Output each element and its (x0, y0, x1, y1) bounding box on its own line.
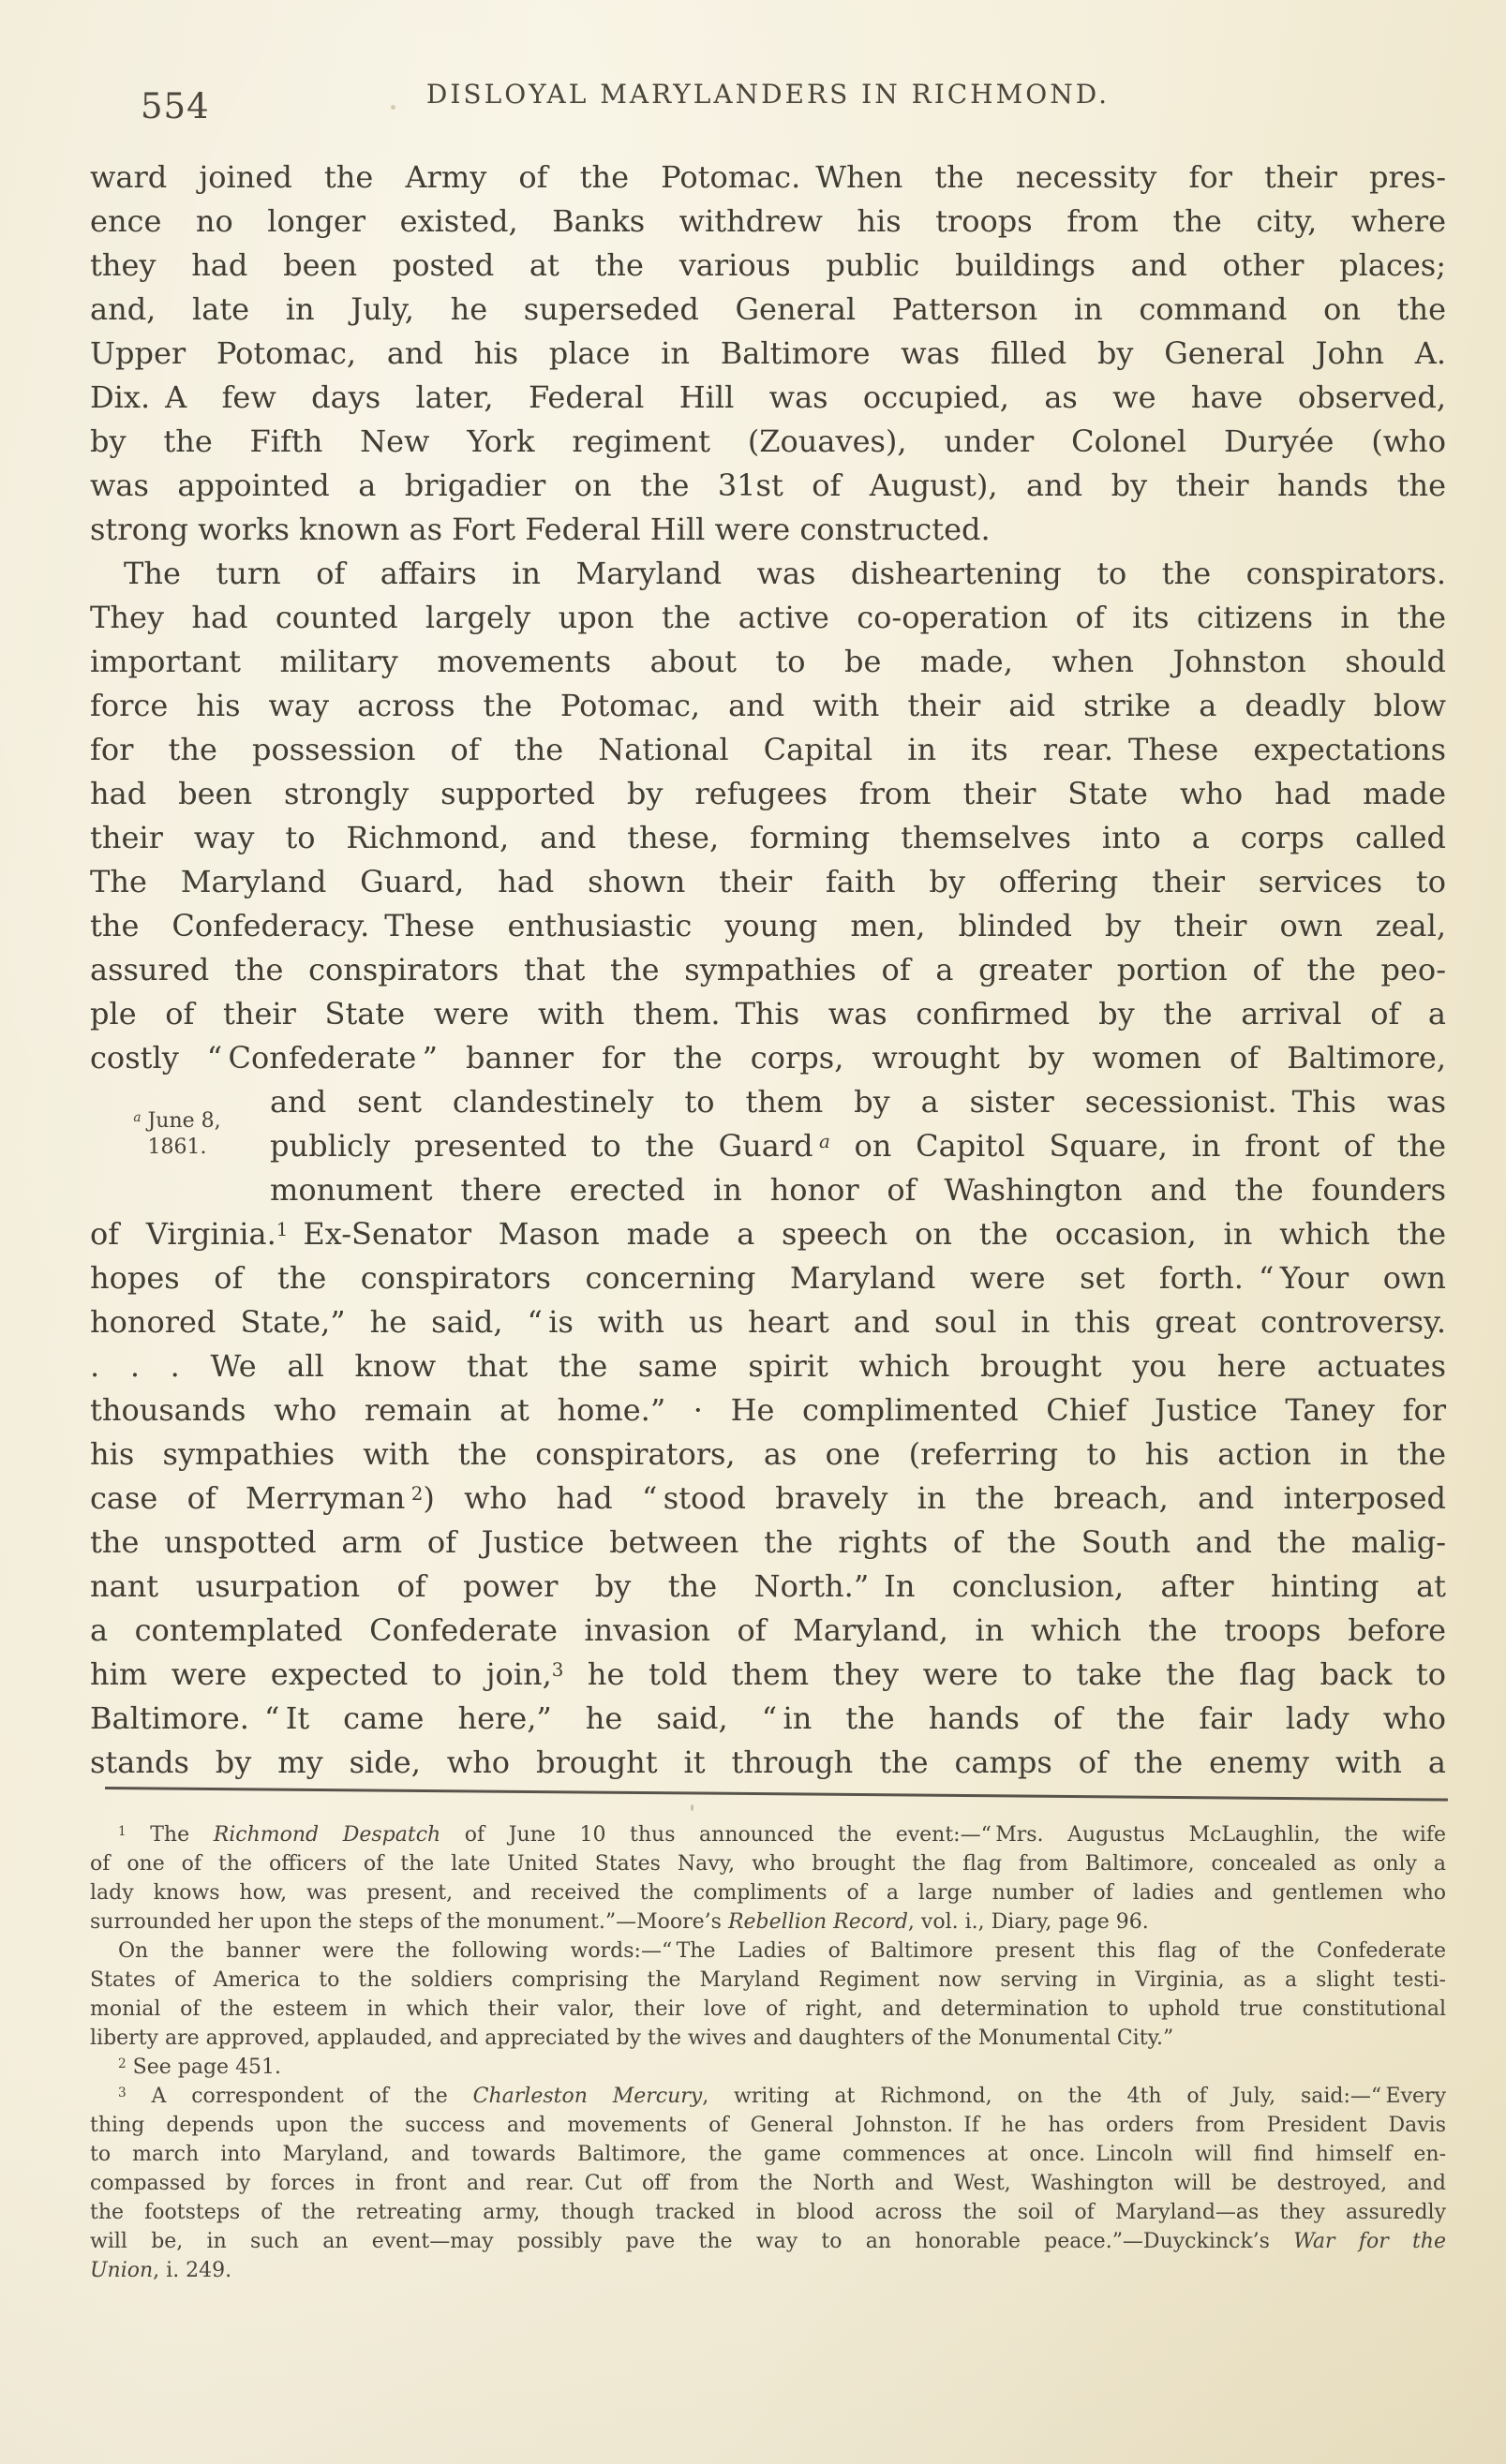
text-line: monial of the esteem in which their valo… (90, 1995, 1446, 2024)
indented-lines: and sent clandestinely to them by a sist… (270, 1080, 1446, 1212)
text-line: ence no longer existed, Banks withdrew h… (90, 200, 1446, 244)
text-line: assured the conspirators that the sympat… (90, 948, 1446, 992)
text-line: will be, in such an event—may possibly p… (90, 2227, 1446, 2256)
paragraph-2-part-b: of Virginia.1 Ex-Senator Mason made a sp… (90, 1212, 1446, 1785)
footnote-3: 3 A correspondent of the Charleston Merc… (90, 2082, 1446, 2285)
text-line: the Confederacy. These enthusiastic youn… (90, 904, 1446, 948)
text-line: They had counted largely upon the active… (90, 596, 1446, 640)
text-line: costly “ Confederate ” banner for the co… (90, 1036, 1446, 1080)
text-line: The turn of affairs in Maryland was dish… (90, 552, 1446, 596)
text-line: ward joined the Army of the Potomac. Whe… (90, 156, 1446, 200)
footnote-1-paragraph-2: On the banner were the following words:—… (90, 1937, 1446, 2053)
text-line: they had been posted at the various publ… (90, 244, 1446, 288)
text-line: . . . We all know that the same spirit w… (90, 1344, 1446, 1388)
text-line: monument there erected in honor of Washi… (270, 1168, 1446, 1212)
footnotes: 1 The Richmond Despatch of June 10 thus … (90, 1820, 1446, 2285)
book-page: 554 DISLOYAL MARYLANDERS IN RICHMOND. wa… (0, 0, 1506, 2464)
paragraph-1: ward joined the Army of the Potomac. Whe… (90, 156, 1446, 552)
text-line: On the banner were the following words:—… (90, 1937, 1446, 1966)
text-line: the footsteps of the retreating army, th… (90, 2198, 1446, 2227)
text-line: and sent clandestinely to them by a sist… (270, 1080, 1446, 1124)
text-line: lady knows how, was present, and receive… (90, 1878, 1446, 1907)
text-line: for the possession of the National Capit… (90, 728, 1446, 772)
text-line: 3 A correspondent of the Charleston Merc… (90, 2082, 1446, 2111)
text-line: 2 See page 451. (90, 2053, 1446, 2082)
text-line: States of America to the soldiers compri… (90, 1966, 1446, 1995)
text-line: thousands who remain at home.” · He comp… (90, 1388, 1446, 1432)
text-line: 1861. (94, 1135, 261, 1161)
text-line: thing depends upon the success and movem… (90, 2111, 1446, 2140)
text-line: case of Merryman 2) who had “ stood brav… (90, 1477, 1446, 1521)
text-line: force his way across the Potomac, and wi… (90, 684, 1446, 728)
text-line: nant usurpation of power by the North.” … (90, 1565, 1446, 1609)
text-line: honored State,” he said, “ is with us he… (90, 1300, 1446, 1344)
running-head: DISLOYAL MARYLANDERS IN RICHMOND. (90, 79, 1446, 110)
text-line: a June 8, (94, 1108, 261, 1135)
text-line: a contemplated Confederate invasion of M… (90, 1609, 1446, 1653)
text-line: The Maryland Guard, had shown their fait… (90, 860, 1446, 904)
text-line: had been strongly supported by refugees … (90, 772, 1446, 816)
text-line: compassed by forces in front and rear. C… (90, 2169, 1446, 2198)
text-line: of Virginia.1 Ex-Senator Mason made a sp… (90, 1212, 1446, 1256)
text-line: the unspotted arm of Justice between the… (90, 1521, 1446, 1565)
text-line: their way to Richmond, and these, formin… (90, 816, 1446, 860)
text-line: Upper Potomac, and his place in Baltimor… (90, 332, 1446, 376)
paper-speck (391, 105, 395, 110)
text-line: of one of the officers of the late Unite… (90, 1849, 1446, 1878)
text-line: strong works known as Fort Federal Hill … (90, 508, 1446, 552)
text-line: surrounded her upon the steps of the mon… (90, 1907, 1446, 1937)
text-line: his sympathies with the conspirators, as… (90, 1432, 1446, 1477)
text-line: him were expected to join,3 he told them… (90, 1653, 1446, 1697)
text-line: hopes of the conspirators concerning Mar… (90, 1256, 1446, 1300)
text-line: 1 The Richmond Despatch of June 10 thus … (90, 1820, 1446, 1849)
text-line: liberty are approved, applauded, and app… (90, 2024, 1446, 2053)
paragraph-2-part-a: The turn of affairs in Maryland was dish… (90, 552, 1446, 1080)
text-line: by the Fifth New York regiment (Zouaves)… (90, 420, 1446, 464)
text-line: publicly presented to the Guard a on Cap… (270, 1124, 1446, 1168)
text-line: Baltimore. “ It came here,” he said, “ i… (90, 1697, 1446, 1741)
text-line: Dix. A few days later, Federal Hill was … (90, 376, 1446, 420)
footnote-2: 2 See page 451. (90, 2053, 1446, 2082)
text-line: stands by my side, who brought it throug… (90, 1741, 1446, 1785)
footnote-1-paragraph-1: 1 The Richmond Despatch of June 10 thus … (90, 1820, 1446, 1937)
footnote-rule (105, 1787, 1448, 1802)
text-line: Union, i. 249. (90, 2256, 1446, 2285)
sidenote-block: a June 8,1861. and sent clandestinely to… (90, 1080, 1446, 1212)
text-line: ple of their State were with them. This … (90, 992, 1446, 1036)
page-header: 554 DISLOYAL MARYLANDERS IN RICHMOND. (90, 79, 1446, 139)
text-line: was appointed a brigadier on the 31st of… (90, 464, 1446, 508)
text-line: and, late in July, he superseded General… (90, 288, 1446, 332)
text-line: important military movements about to be… (90, 640, 1446, 684)
text-line: to march into Maryland, and towards Balt… (90, 2140, 1446, 2169)
margin-sidenote: a June 8,1861. (94, 1108, 261, 1161)
paper-speck (691, 1804, 693, 1811)
body-text: ward joined the Army of the Potomac. Whe… (90, 156, 1446, 1785)
